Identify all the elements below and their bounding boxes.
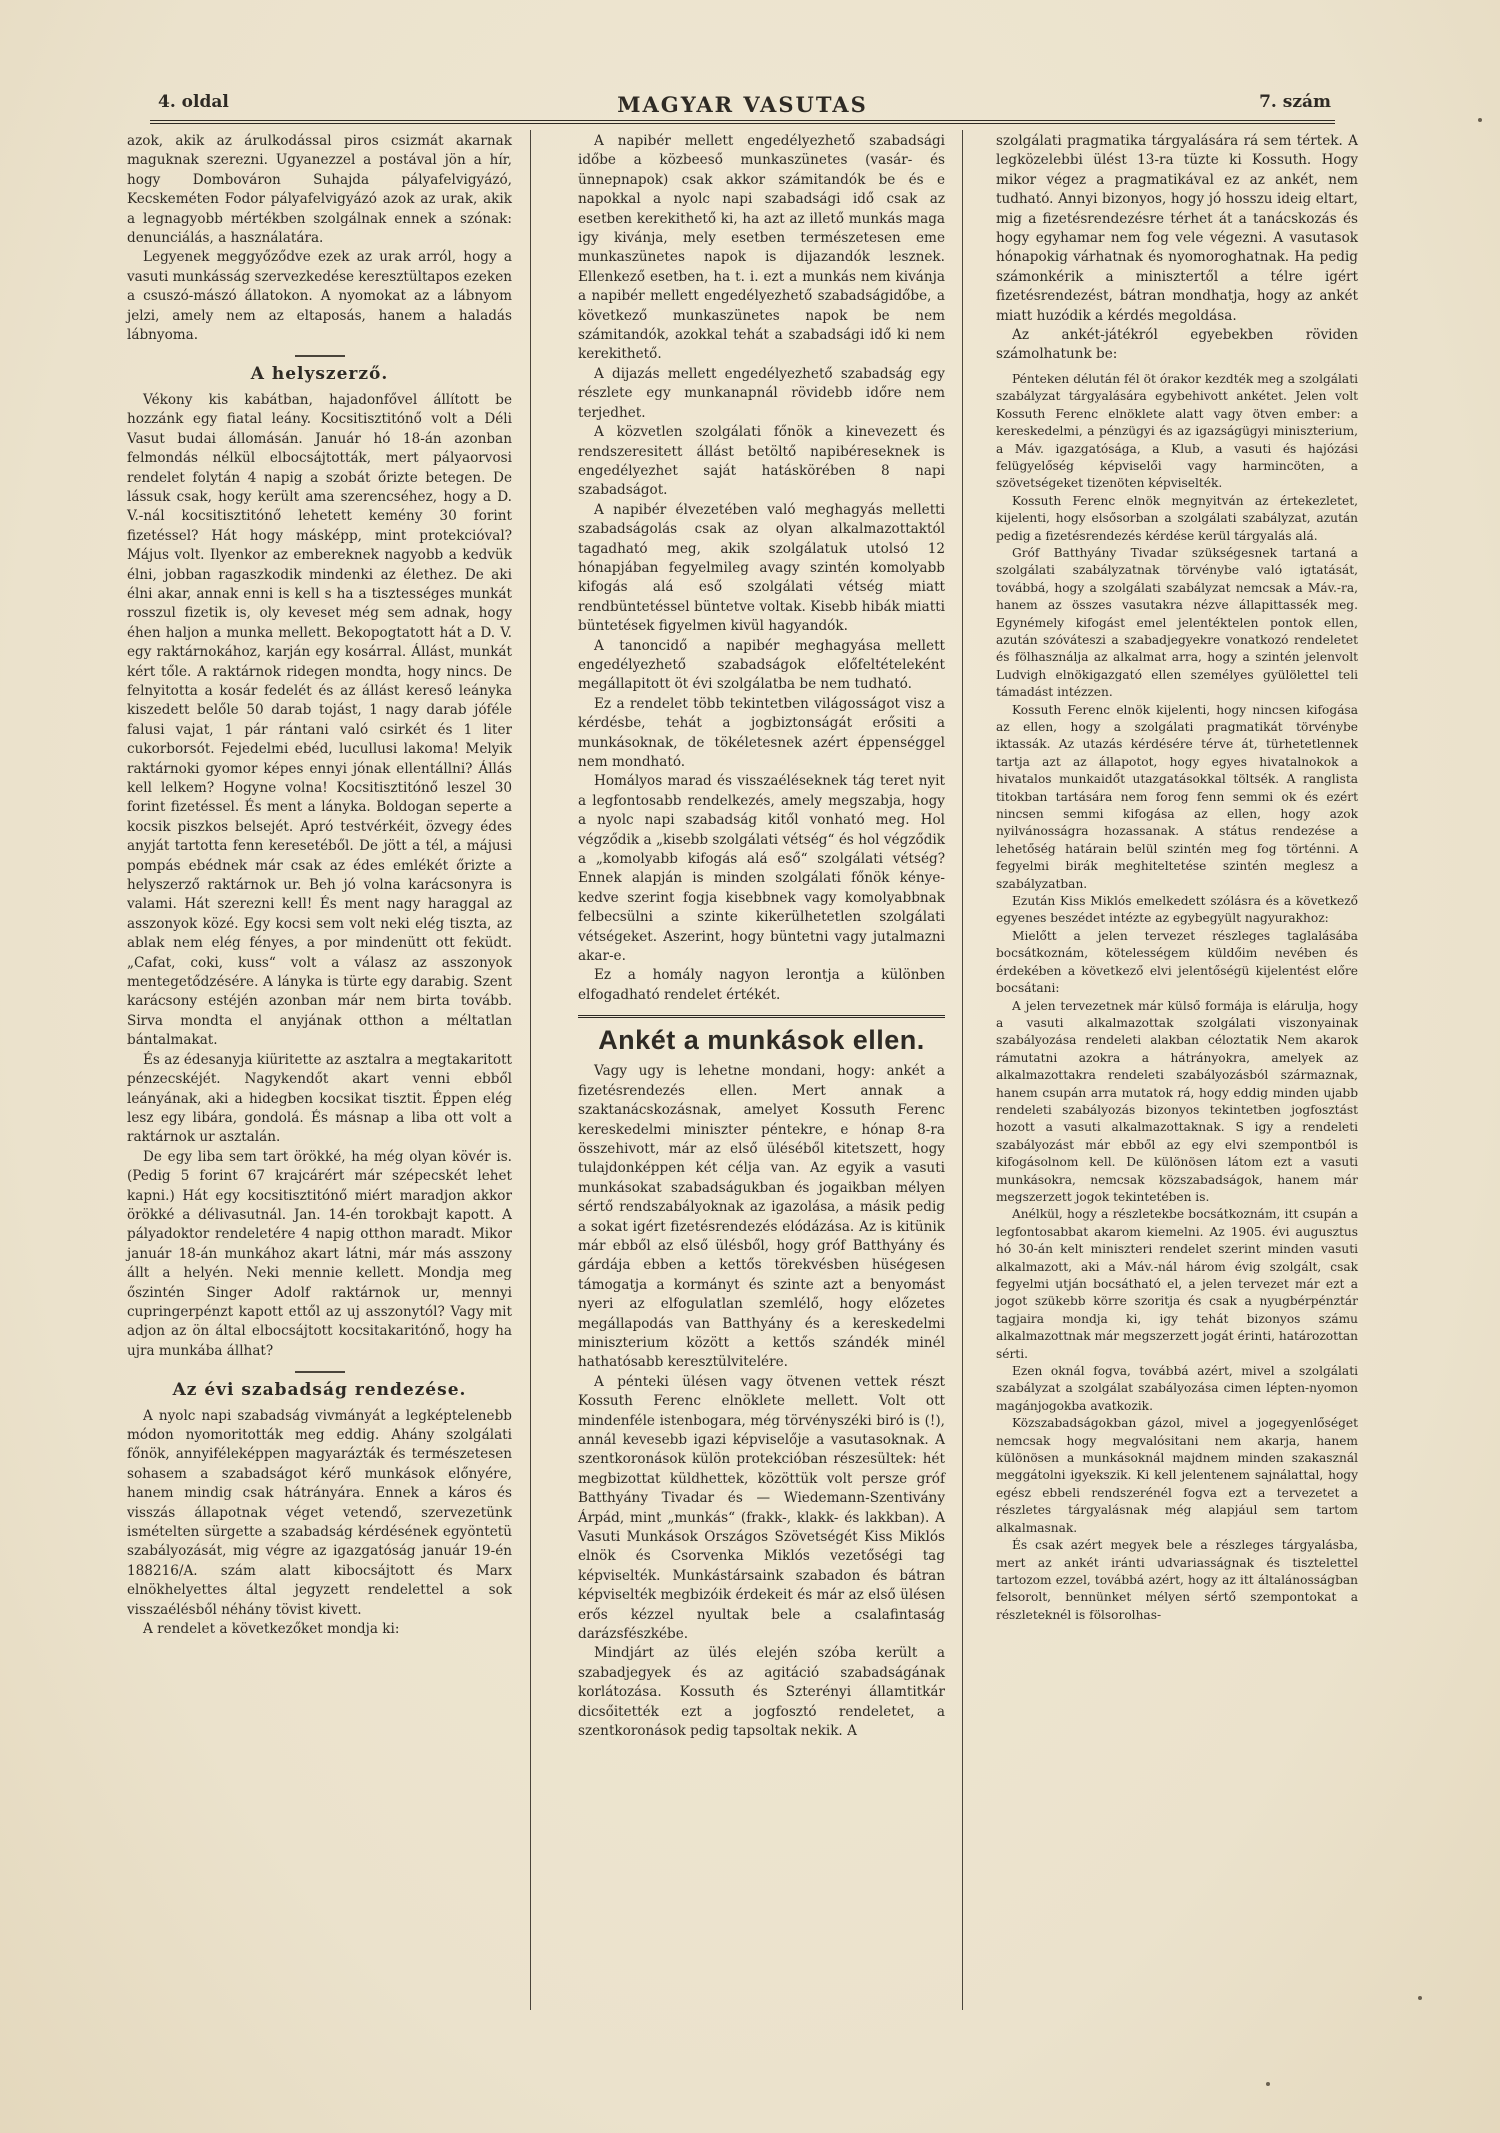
column-1: azok, akik az árulkodással piros csizmát… [127,132,512,1639]
paragraph: A jelen tervezetnek már külső formája is… [996,998,1358,1207]
paragraph: Kossuth Ferenc elnök megnyitván az értek… [996,493,1358,545]
paragraph: Anélkül, hogy a részletekbe bocsátkoznám… [996,1206,1358,1363]
column-divider [962,130,963,2010]
newspaper-page: 4. oldal MAGYAR VASUTAS 7. szám azok, ak… [0,0,1500,2133]
separator [295,355,345,357]
section-heading-szabadsag: Az évi szabadság rendezése. [127,1381,512,1400]
paragraph: A dijazás mellett engedélyezhető szabads… [578,365,945,423]
paragraph: Az ankét-játékról egyebekben röviden szá… [996,326,1358,365]
paragraph: Legyenek meggyőződve ezek az urak arról,… [127,248,512,345]
masthead: 4. oldal MAGYAR VASUTAS 7. szám [150,92,1335,124]
column-divider [530,130,531,2010]
paragraph: Ezután Kiss Miklós emelkedett szólásra é… [996,893,1358,928]
separator [295,1371,345,1373]
paragraph: Ez a rendelet több tekintetben világossá… [578,695,945,773]
paragraph: A tanoncidő a napibér meghagyása mellett… [578,637,945,695]
paragraph: szolgálati pragmatika tárgyalására rá se… [996,132,1358,326]
paper-speck [1418,1996,1422,2000]
paragraph: Gróf Batthyány Tivadar szükségesnek tart… [996,545,1358,702]
paragraph: A rendelet a következőket mondja ki: [127,1620,512,1639]
paragraph: azok, akik az árulkodással piros csizmát… [127,132,512,248]
paragraph: A napibér élvezetében való meghagyás mel… [578,501,945,637]
paragraph: A közvetlen szolgálati főnök a kinevezet… [578,423,945,501]
article-headline: Ankét a munkások ellen. [578,1024,945,1056]
report-body: Pénteken délután fél öt órakor kezdték m… [996,371,1358,1624]
paragraph: Mielőtt a jelen tervezet részleges tagla… [996,928,1358,998]
paragraph: Vékony kis kabátban, hajadonfővel állíto… [127,391,512,1051]
paragraph: A pénteki ülésen vagy ötvenen vettek rés… [578,1373,945,1645]
paragraph: Közszabadságokban gázol, mivel a jogegye… [996,1415,1358,1537]
section-heading-helyszerzo: A helyszerző. [127,365,512,384]
paper-speck [1266,2082,1270,2086]
paragraph: És csak azért megyek bele a részleges tá… [996,1537,1358,1624]
newspaper-title: MAGYAR VASUTAS [150,92,1335,117]
column-2: A napibér mellett engedélyezhető szabads… [578,132,945,1742]
issue-number: 7. szám [1259,92,1331,112]
paragraph: A napibér mellett engedélyezhető szabads… [578,132,945,365]
paragraph: Mindjárt az ülés elején szóba került a s… [578,1644,945,1741]
paragraph: Vagy ugy is lehetne mondani, hogy: ankét… [578,1062,945,1373]
paragraph: Ez a homály nagyon lerontja a különben e… [578,966,945,1005]
paragraph: Ezen oknál fogva, továbbá azért, mivel a… [996,1363,1358,1415]
paragraph: Kossuth Ferenc elnök kijelenti, hogy nin… [996,702,1358,893]
paragraph: De egy liba sem tart örökké, ha még olya… [127,1148,512,1361]
paragraph: Pénteken délután fél öt órakor kezdték m… [996,371,1358,493]
paper-speck [1478,118,1482,122]
article-separator [578,1015,945,1018]
paragraph: És az édesanyja kiüritette az asztalra a… [127,1051,512,1148]
column-3: szolgálati pragmatika tárgyalására rá se… [996,132,1358,1624]
paragraph: Homályos marad és visszaéléseknek tág te… [578,772,945,966]
paragraph: A nyolc napi szabadság vivmányát a legké… [127,1407,512,1620]
